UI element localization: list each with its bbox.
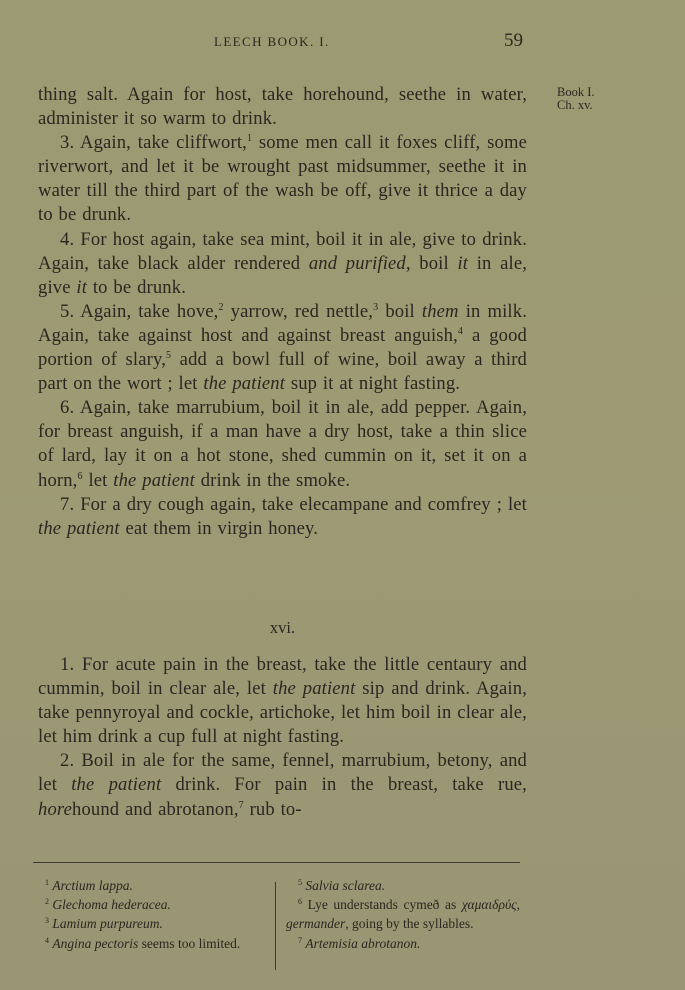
chapter-xvi-text: 1. For acute pain in the breast, take th…: [38, 653, 527, 822]
footnote-rule: [33, 862, 520, 863]
xvi-paragraph-1: 1. For acute pain in the breast, take th…: [38, 653, 527, 749]
footnote-6: 6 Lye understands cymeð as χαμαιδρύς, ge…: [286, 895, 520, 933]
section-heading-xvi: xvi.: [0, 618, 565, 638]
margin-note-chapter: Ch. xv.: [557, 99, 595, 112]
paragraph-6: 6. Again, take marrubium, boil it in ale…: [38, 396, 527, 492]
paragraph-continuation: thing salt. Again for host, take horehou…: [38, 83, 527, 131]
paragraph-3: 3. Again, take cliffwort,1 some men call…: [38, 131, 527, 227]
footnote-7: 7 Artemisia abrotanon.: [286, 934, 520, 953]
footnote-2: 2 Glechoma hederacea.: [33, 895, 261, 914]
greek-word: χαμαιδρύς: [462, 897, 517, 912]
footnotes-right-column: 5 Salvia sclarea. 6 Lye understands cyme…: [286, 876, 520, 953]
book-page: LEECH BOOK. I. 59 Book I. Ch. xv. thing …: [0, 0, 685, 990]
footnote-1: 1 Arctium lappa.: [33, 876, 261, 895]
page-number: 59: [504, 30, 523, 52]
footnote-5: 5 Salvia sclarea.: [286, 876, 520, 895]
footnote-column-divider: [275, 882, 276, 970]
paragraph-5: 5. Again, take hove,2 yarrow, red nettle…: [38, 300, 527, 396]
footnote-3: 3 Lamium purpureum.: [33, 914, 261, 933]
paragraph-7: 7. For a dry cough again, take elecampan…: [38, 493, 527, 541]
paragraph-4: 4. For host again, take sea mint, boil i…: [38, 228, 527, 300]
footnotes-left-column: 1 Arctium lappa. 2 Glechoma hederacea. 3…: [33, 876, 261, 953]
margin-note: Book I. Ch. xv.: [557, 86, 595, 112]
chapter-xv-text: thing salt. Again for host, take horehou…: [38, 83, 527, 541]
running-head: LEECH BOOK. I.: [214, 34, 330, 50]
xvi-paragraph-2: 2. Boil in ale for the same, fennel, mar…: [38, 749, 527, 821]
footnote-4: 4 Angina pectoris seems too limited.: [33, 934, 261, 953]
